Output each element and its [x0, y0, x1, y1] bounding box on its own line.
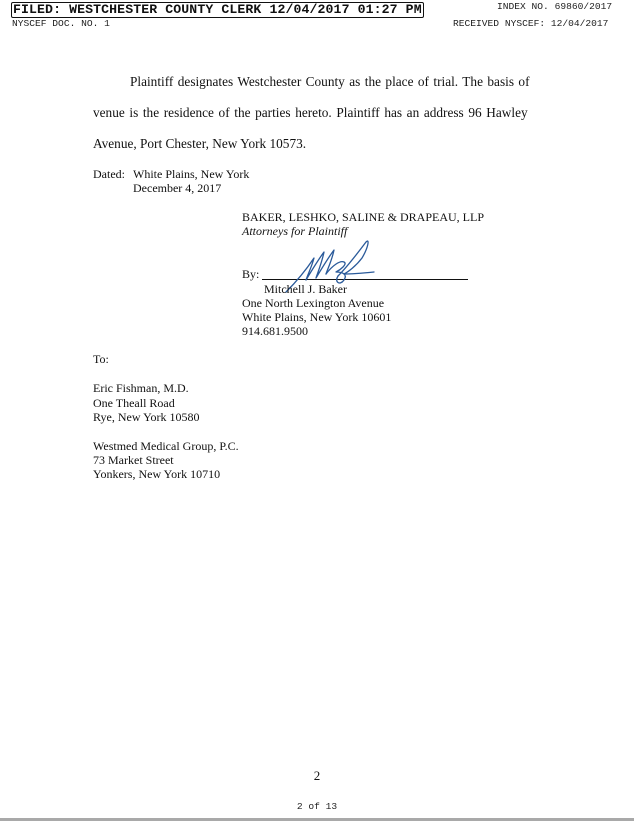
dated-date: December 4, 2017: [133, 181, 221, 196]
recipient-1-city: Rye, New York 10580: [93, 410, 200, 425]
filed-stamp: FILED: WESTCHESTER COUNTY CLERK 12/04/20…: [11, 2, 424, 18]
paragraph-line-3: Avenue, Port Chester, New York 10573.: [93, 136, 306, 152]
paragraph-line-1: Plaintiff designates Westchester County …: [130, 74, 530, 90]
firm-name: BAKER, LESHKO, SALINE & DRAPEAU, LLP: [242, 210, 484, 225]
page-number: 2: [0, 768, 634, 784]
index-number: INDEX NO. 69860/2017: [497, 1, 612, 12]
page-of-total: 2 of 13: [0, 801, 634, 812]
recipient-2-street: 73 Market Street: [93, 453, 174, 468]
dated-label: Dated:: [93, 167, 125, 182]
firm-address-line-1: One North Lexington Avenue: [242, 296, 384, 311]
recipient-1-street: One Theall Road: [93, 396, 175, 411]
firm-phone: 914.681.9500: [242, 324, 308, 339]
recipient-1-name: Eric Fishman, M.D.: [93, 381, 189, 396]
received-nyscef-date: RECEIVED NYSCEF: 12/04/2017: [453, 18, 608, 29]
paragraph-line-2: venue is the residence of the parties he…: [93, 105, 528, 121]
signer-name: Mitchell J. Baker: [264, 282, 347, 297]
dated-place: White Plains, New York: [133, 167, 249, 182]
to-label: To:: [93, 352, 109, 367]
by-label: By:: [242, 267, 259, 282]
nyscef-doc-number: NYSCEF DOC. NO. 1: [12, 18, 110, 29]
recipient-2-city: Yonkers, New York 10710: [93, 467, 220, 482]
firm-address-line-2: White Plains, New York 10601: [242, 310, 391, 325]
recipient-2-name: Westmed Medical Group, P.C.: [93, 439, 239, 454]
